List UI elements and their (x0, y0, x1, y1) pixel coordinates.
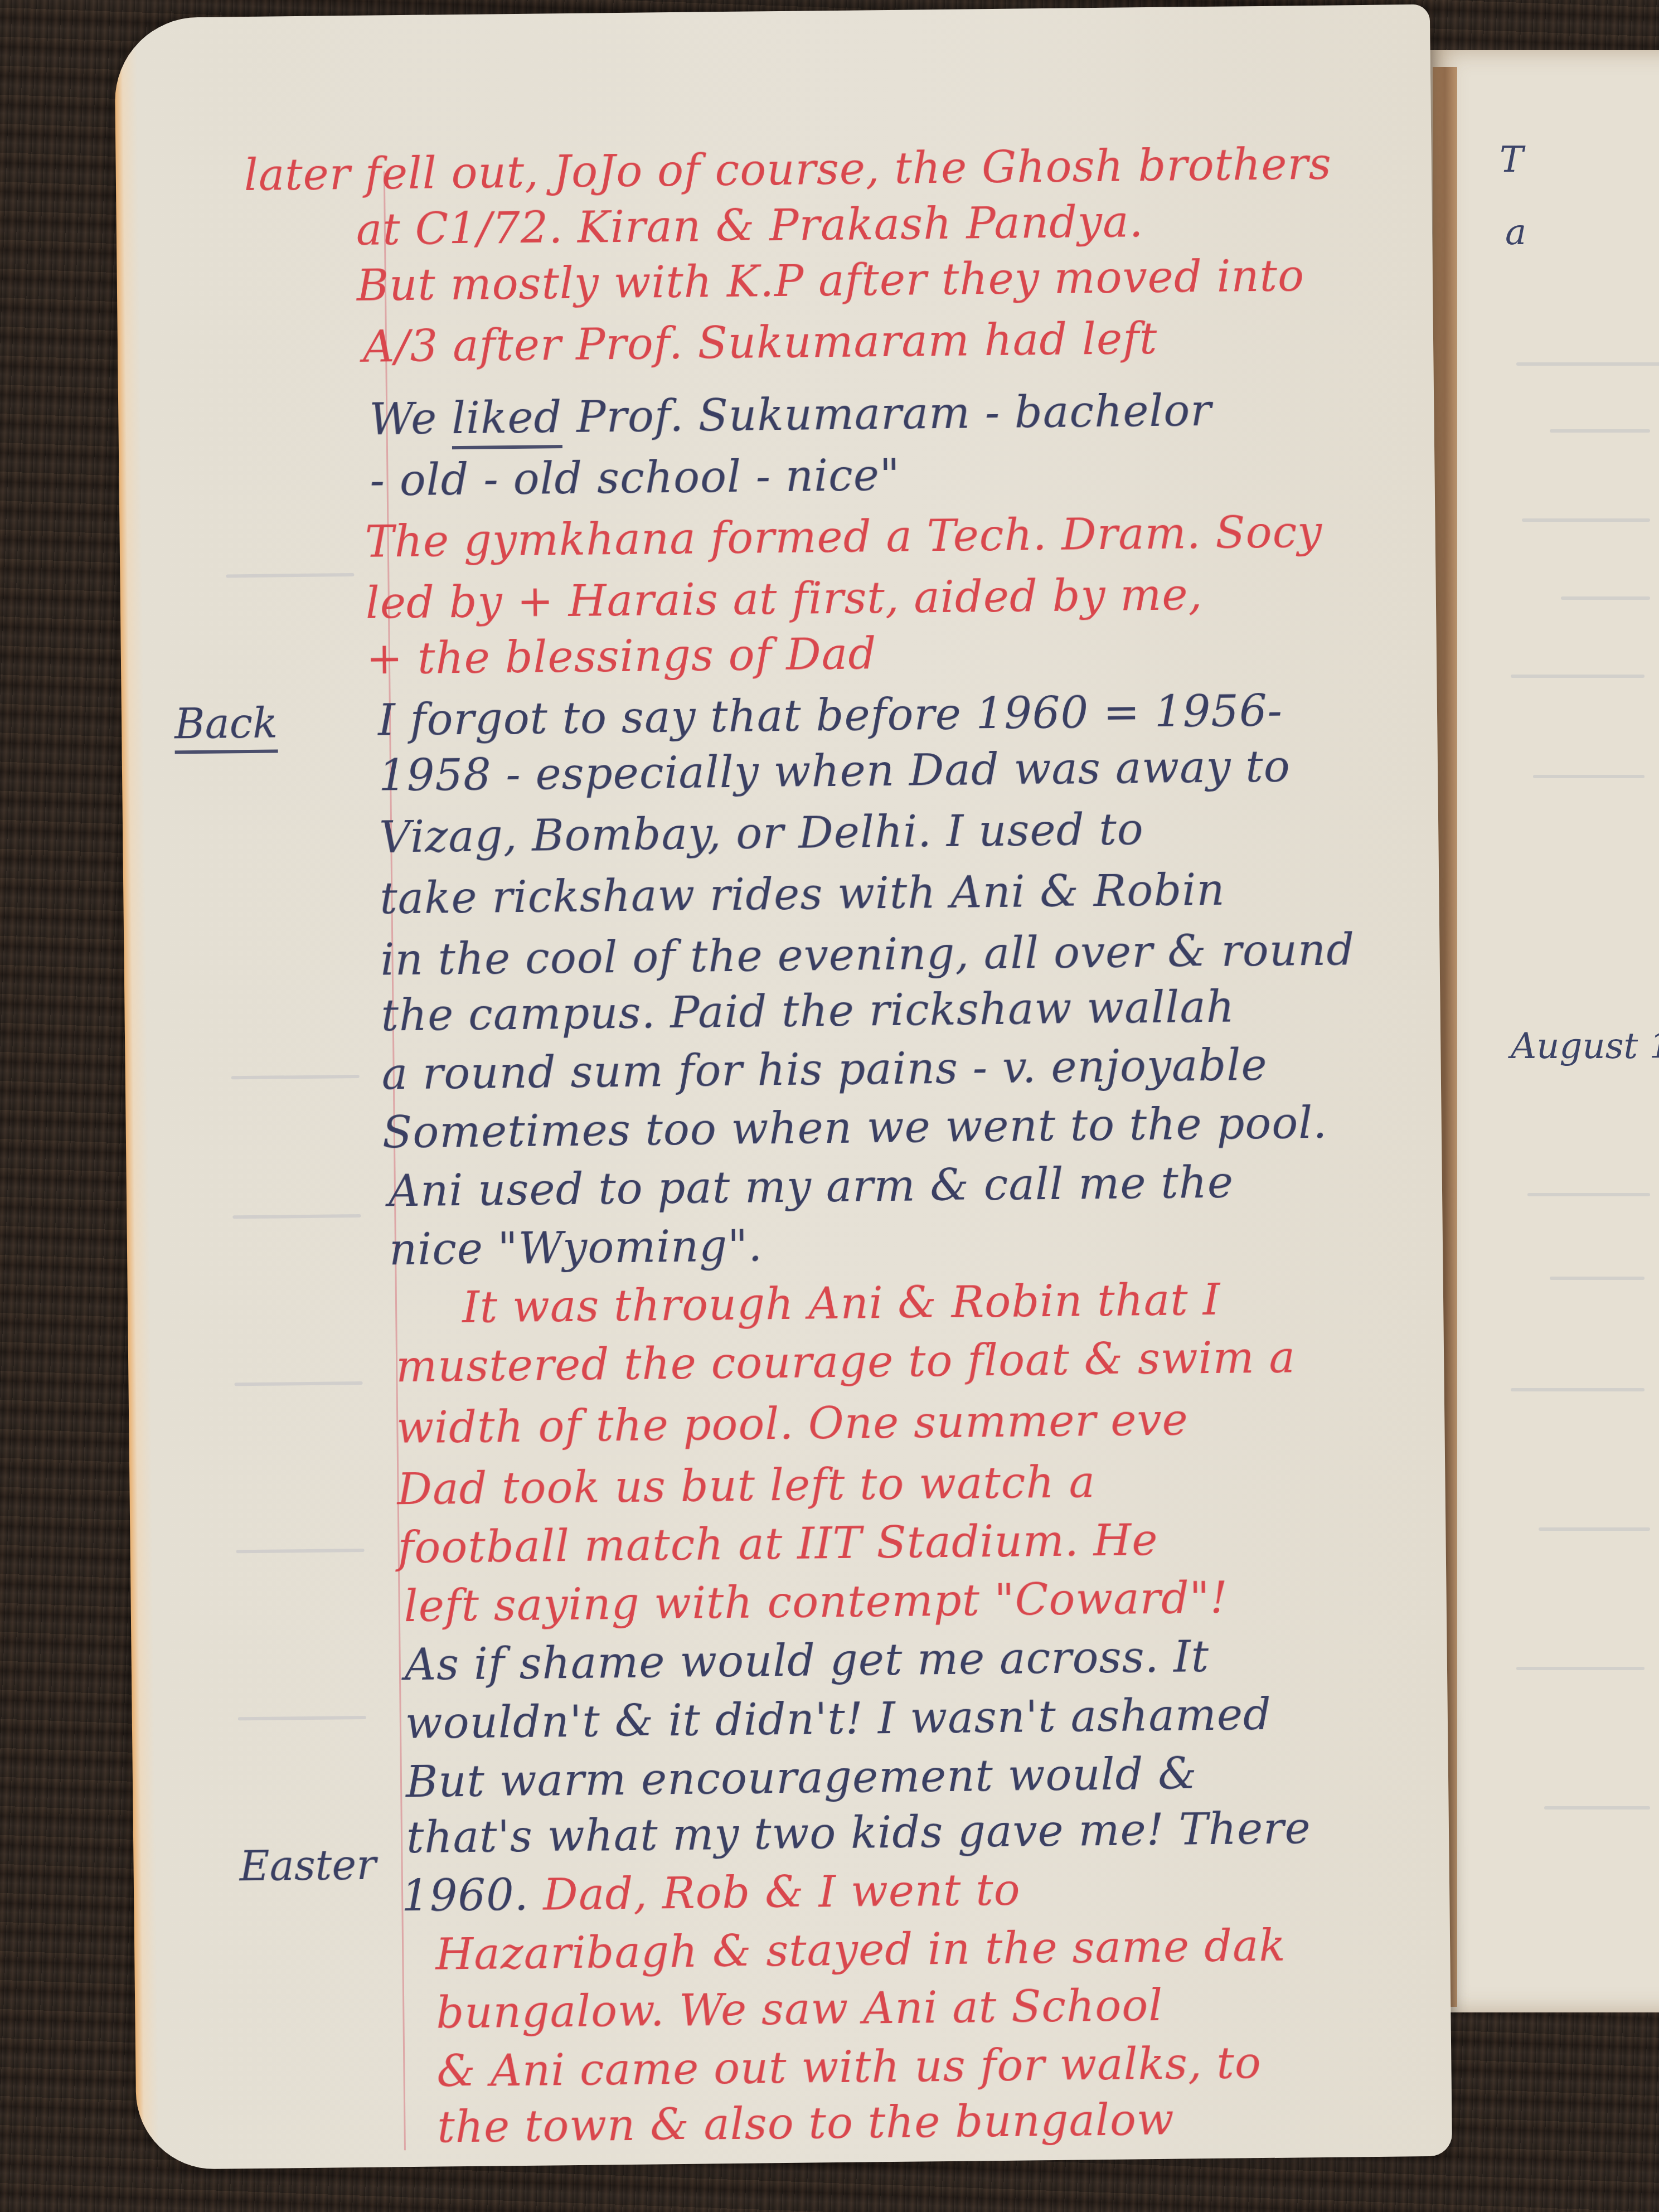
handwritten-line: 1960. Dad, Rob & I went to (401, 1865, 1021, 1922)
handwritten-line: mustered the courage to float & swim a (396, 1332, 1296, 1392)
handwritten-line: in the cool of the evening, all over & r… (380, 925, 1355, 985)
handwritten-line: nice "Wyoming". (389, 1221, 763, 1275)
bleed-through-line (226, 573, 354, 578)
handwritten-line: left saying with contempt "Coward"! (404, 1573, 1228, 1632)
handwritten-line: As if shame would get me across. It (404, 1632, 1209, 1690)
bleed-through-line (231, 1075, 360, 1079)
handwritten-line: the town & also to the bungalow (437, 2095, 1175, 2153)
line-text: We (369, 394, 452, 445)
bleed-through-line (234, 1381, 362, 1386)
handwritten-line: The gymkhana formed a Tech. Dram. Socy (365, 507, 1322, 567)
handwritten-line: later fell out, JoJo of course, the Ghos… (244, 139, 1332, 201)
handwritten-line: But mostly with K.P after they moved int… (356, 251, 1304, 311)
handwritten-line: wouldn't & it didn't! I wasn't ashamed (405, 1690, 1272, 1749)
handwritten-line: A/3 after Prof. Sukumaram had left (363, 314, 1158, 372)
handwritten-line: + the blessings of Dad (366, 629, 876, 685)
handwritten-line: take rickshaw rides with Ani & Robin (380, 865, 1225, 924)
bleed-through-line (1516, 362, 1659, 366)
handwritten-line: Hazaribagh & stayed in the same dak (435, 1921, 1286, 1980)
right-page-partial-glyph: a (1505, 212, 1526, 253)
margin-note-back: Back (174, 699, 278, 754)
handwritten-line: at C1/72. Kiran & Prakash Pandya. (356, 197, 1143, 255)
bleed-through-line (238, 1716, 366, 1720)
handwritten-line: football match at IIT Stadium. He (397, 1515, 1158, 1573)
bleed-through-line (1544, 1806, 1650, 1810)
handwritten-line: bungalow. We saw Ani at School (436, 1981, 1163, 2039)
handwritten-line: - old - old school - nice" (370, 450, 900, 506)
handwritten-line: It was through Ani & Robin that I (462, 1275, 1221, 1333)
notebook-page-left: Back Easter later fell out, JoJo of cour… (114, 4, 1452, 2170)
handwritten-line: But warm encouragement would & (406, 1749, 1198, 1807)
handwritten-line: led by + Harais at first, aided by me, (365, 570, 1202, 629)
bleed-through-line (1522, 518, 1650, 522)
handwritten-line: Sometimes too when we went to the pool. (382, 1098, 1327, 1158)
handwritten-line: that's what my two kids gave me! There (406, 1803, 1311, 1863)
margin-note-easter: Easter (239, 1841, 376, 1891)
handwritten-line: a round sum for his pains - v. enjoyable (381, 1040, 1268, 1100)
handwritten-line: We liked Prof. Sukumaram - bachelor (369, 386, 1212, 445)
bleed-through-line (1550, 429, 1650, 433)
bleed-through-line (1511, 675, 1645, 678)
handwritten-line: Vizag, Bombay, or Delhi. I used to (379, 804, 1144, 862)
bleed-through-line (1527, 1193, 1650, 1196)
right-page-margin-date: August 1 (1511, 1026, 1659, 1067)
handwritten-line: Ani used to pat my arm & call me the (388, 1158, 1234, 1217)
line-text: Prof. Sukumaram - bachelor (562, 386, 1212, 443)
bleed-through-line (1561, 596, 1650, 600)
bleed-through-line (236, 1549, 365, 1553)
handwritten-line: 1958 - especially when Dad was away to (379, 741, 1291, 801)
handwritten-line: the campus. Paid the rickshaw wallah (381, 982, 1235, 1041)
bleed-through-line (1516, 1667, 1645, 1670)
handwritten-line: Dad took us but left to watch a (397, 1457, 1095, 1515)
underlined-word: liked (452, 392, 562, 449)
right-page: T a August 1 (1427, 50, 1659, 2012)
bleed-through-line (1550, 1277, 1645, 1280)
right-page-partial-glyph: T (1500, 139, 1524, 181)
handwritten-line: width of the pool. One summer eve (396, 1395, 1189, 1453)
bleed-through-line (1533, 775, 1645, 778)
bleed-through-line (232, 1214, 361, 1219)
line-text-red: Dad, Rob & I went to (528, 1865, 1021, 1920)
bleed-through-line (1511, 1388, 1645, 1391)
bleed-through-line (1539, 1527, 1650, 1531)
line-text-blue: 1960. (401, 1870, 529, 1922)
handwritten-line: & Ani came out with us for walks, to (436, 2038, 1262, 2097)
handwritten-line: I forgot to say that before 1960 = 1956- (378, 686, 1283, 746)
